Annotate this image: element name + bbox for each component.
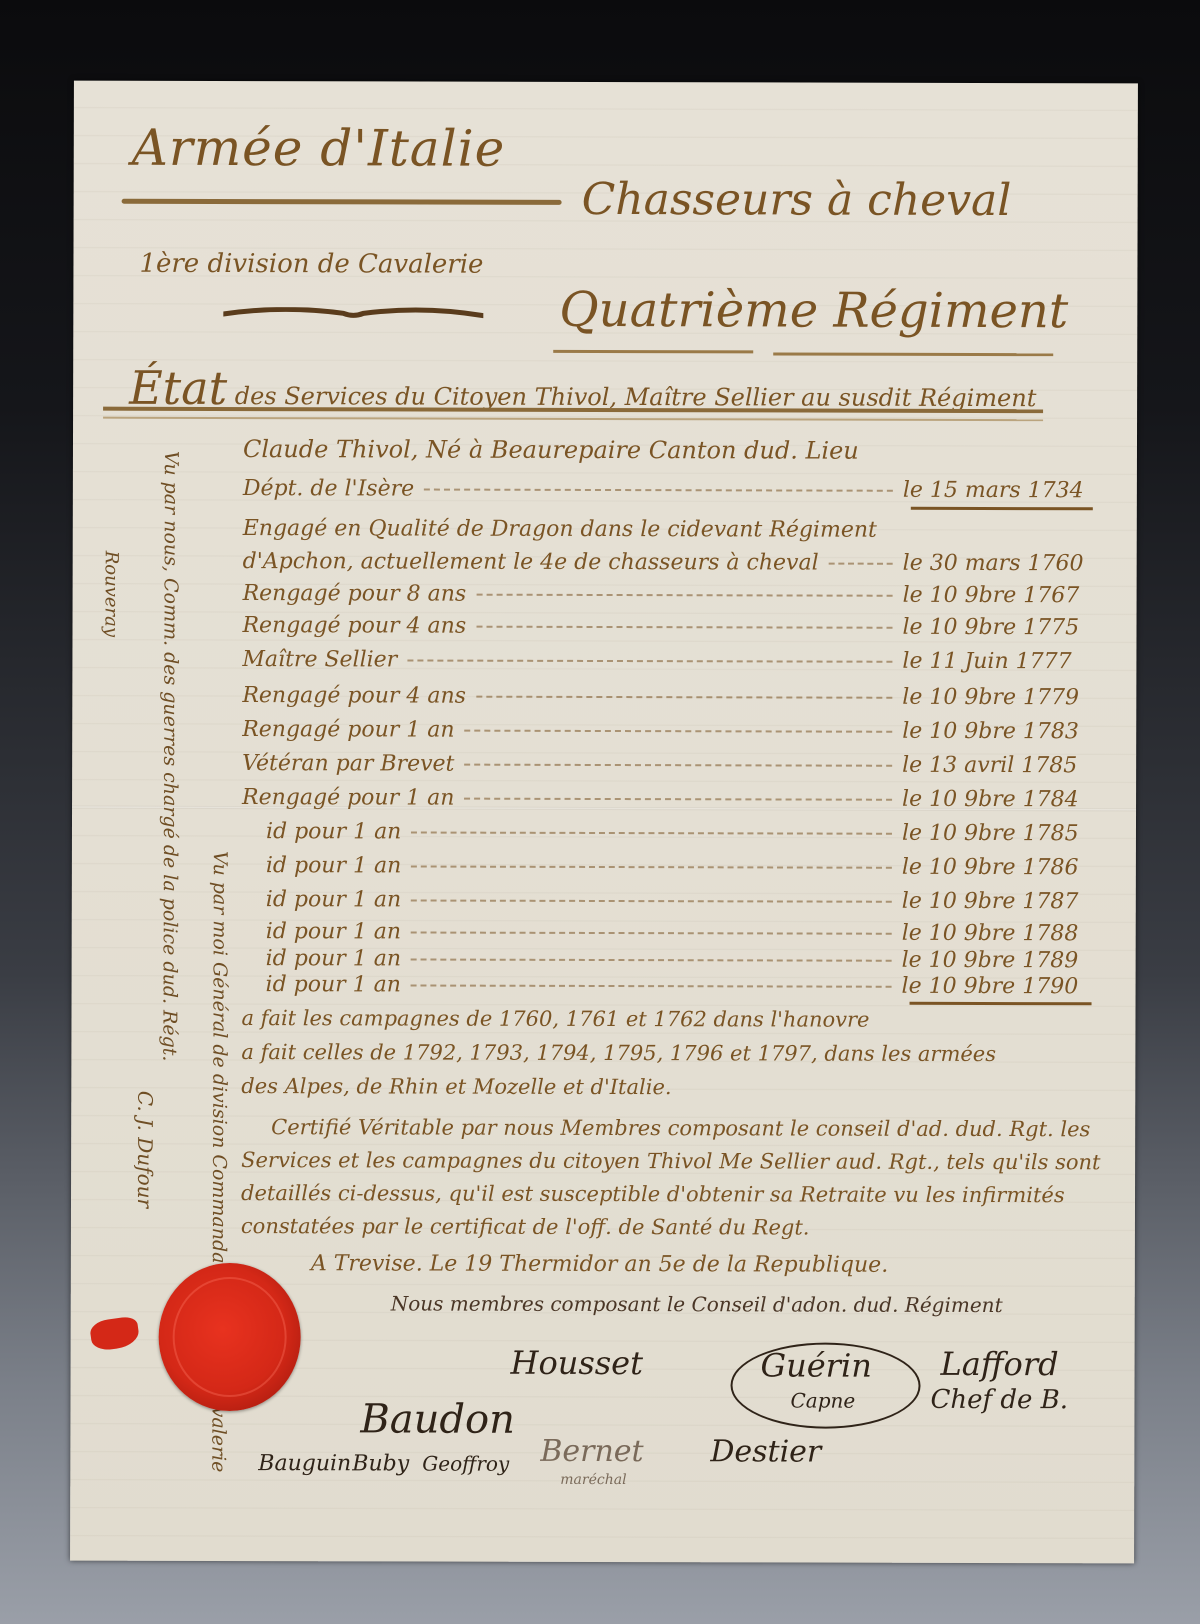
entry-label: id pour 1 an (242, 819, 401, 844)
birth-place: Dépt. de l'Isère (243, 476, 414, 501)
leader-dashes (411, 958, 892, 961)
title-rule-secondary (103, 417, 1043, 421)
entry-date: le 11 Juin 1777 (902, 649, 1092, 674)
margin-signature-upper: Rouveray (96, 551, 124, 637)
entry-date: le 10 9bre 1767 (903, 583, 1093, 608)
entry-date: le 10 9bre 1787 (902, 889, 1092, 914)
service-entry: d'Apchon, actuellement le 4e de chasseur… (243, 546, 1093, 579)
leader-dashes (407, 659, 892, 662)
service-entry: id pour 1 an le 10 9bre 1787 (242, 884, 1092, 917)
entry-date: le 10 9bre 1775 (902, 615, 1092, 640)
signature: Bernet (540, 1434, 643, 1469)
entry-label: Rengagé pour 1 an (242, 785, 454, 811)
signature: Guérin (761, 1346, 872, 1384)
council-line: Nous membres composant le Conseil d'adon… (391, 1291, 1003, 1317)
entry-date: le 10 9bre 1790 (902, 974, 1092, 999)
leader-dashes (411, 899, 892, 902)
birth-date-underline (911, 507, 1093, 510)
signature: Housset (511, 1344, 644, 1382)
campaigns-line: a fait les campagnes de 1760, 1761 et 17… (241, 1001, 1101, 1037)
leader-dashes (464, 763, 892, 766)
leader-dashes (411, 831, 892, 834)
flourish-ornament (223, 307, 483, 322)
margin-signature-lower: C. J. Dufour (131, 1091, 159, 1208)
leader-dashes (476, 593, 892, 596)
entry-date: le 10 9bre 1784 (902, 787, 1092, 812)
signature-title: maréchal (560, 1472, 626, 1488)
leader-dashes (465, 729, 893, 732)
service-entry: id pour 1 an le 10 9bre 1786 (242, 850, 1092, 883)
service-entry: Maître Sellier le 11 Juin 1777 (242, 644, 1092, 677)
service-entry: id pour 1 an le 10 9bre 1790 (242, 969, 1092, 1002)
entry-date: le 30 mars 1760 (903, 551, 1093, 576)
service-entry: Rengagé pour 4 ans le 10 9bre 1775 (242, 610, 1092, 643)
entry-label: Rengagé pour 8 ans (243, 581, 467, 607)
service-entry: Engagé en Qualité de Dragon dans le cide… (243, 513, 1093, 546)
leader-dashes (411, 984, 892, 987)
service-entry: id pour 1 an le 10 9bre 1785 (242, 816, 1092, 849)
service-entry: Rengagé pour 4 ans le 10 9bre 1779 (242, 680, 1092, 713)
entry-label: id pour 1 an (242, 972, 401, 997)
entry-date: le 10 9bre 1789 (902, 948, 1092, 973)
header-regiment: Quatrième Régiment (559, 282, 1068, 339)
entry-label: Rengagé pour 4 ans (242, 613, 466, 639)
leader-dashes (411, 865, 892, 868)
signature: Destier (710, 1434, 821, 1469)
entry-label: Rengagé pour 4 ans (242, 683, 466, 709)
campaigns-line: des Alpes, de Rhin et Mozelle et d'Itali… (241, 1069, 1101, 1105)
entry-label: Rengagé pour 1 an (242, 717, 454, 743)
entry-label: Maître Sellier (242, 647, 397, 672)
header-rule (122, 199, 562, 205)
document-sheet: Armée d'Italie Chasseurs à cheval 1ère d… (70, 81, 1138, 1564)
entry-date: le 13 avril 1785 (902, 753, 1092, 778)
entry-date: le 10 9bre 1779 (902, 685, 1092, 710)
regiment-rule (553, 350, 753, 354)
campaigns-line: a fait celles de 1792, 1793, 1794, 1795,… (241, 1035, 1101, 1071)
entry-label: Vétéran par Brevet (242, 751, 454, 777)
margin-note-upper: Vu par nous, Comm. des guerres chargé de… (155, 451, 185, 1062)
header-division: 1ère division de Cavalerie (139, 249, 483, 280)
signature: Bauguin (258, 1451, 351, 1476)
entry-label: id pour 1 an (242, 887, 401, 912)
leader-dashes (411, 931, 892, 934)
service-entry: Rengagé pour 1 an le 10 9bre 1784 (242, 782, 1092, 815)
wax-seal (158, 1263, 300, 1411)
entry-date: le 10 9bre 1788 (902, 921, 1092, 946)
service-entry: Vétéran par Brevet le 13 avril 1785 (242, 748, 1092, 781)
regiment-rule (773, 352, 1053, 356)
entry-date: le 10 9bre 1783 (902, 719, 1092, 744)
birth-row: Dépt. de l'Isère le 15 mars 1734 (243, 473, 1093, 506)
certification-text: Certifié Véritable par nous Membres comp… (241, 1111, 1101, 1245)
birth-date: le 15 mars 1734 (903, 478, 1093, 503)
entry-label: d'Apchon, actuellement le 4e de chasseur… (243, 549, 819, 576)
header-army: Armée d'Italie (132, 119, 506, 178)
signature: Baudon (360, 1396, 515, 1442)
signature: Geoffroy (422, 1452, 509, 1476)
signature: Lafford (941, 1345, 1059, 1383)
signature-title: Chef de B. (930, 1385, 1068, 1415)
entry-label: id pour 1 an (242, 946, 401, 971)
entry-date: le 10 9bre 1785 (902, 821, 1092, 846)
seal-emblem-ring (172, 1277, 286, 1397)
leader-dashes (424, 488, 893, 491)
intro-name: Claude Thivol, Né à Beaurepaire Canton d… (243, 435, 859, 465)
campaigns-block: a fait les campagnes de 1760, 1761 et 17… (241, 1001, 1101, 1105)
service-entry: Rengagé pour 8 ans le 10 9bre 1767 (243, 578, 1093, 611)
leader-dashes (476, 625, 892, 628)
signature: Buby (352, 1451, 409, 1476)
place-date: A Trevise. Le 19 Thermidor an 5e de la R… (311, 1251, 888, 1278)
entry-label: id pour 1 an (242, 853, 401, 878)
leader-dashes (464, 797, 892, 800)
entry-label: Engagé en Qualité de Dragon dans le cide… (243, 516, 877, 543)
entry-label: id pour 1 an (242, 919, 401, 944)
signature-title: Capne (790, 1388, 855, 1412)
entry-date: le 10 9bre 1786 (902, 855, 1092, 880)
intro-line: Claude Thivol, Né à Beaurepaire Canton d… (243, 433, 1093, 466)
service-entry: Rengagé pour 1 an le 10 9bre 1783 (242, 714, 1092, 747)
leader-dashes (829, 562, 893, 564)
wax-drip (89, 1316, 141, 1352)
header-corps: Chasseurs à cheval (582, 174, 1012, 226)
leader-dashes (476, 695, 892, 698)
